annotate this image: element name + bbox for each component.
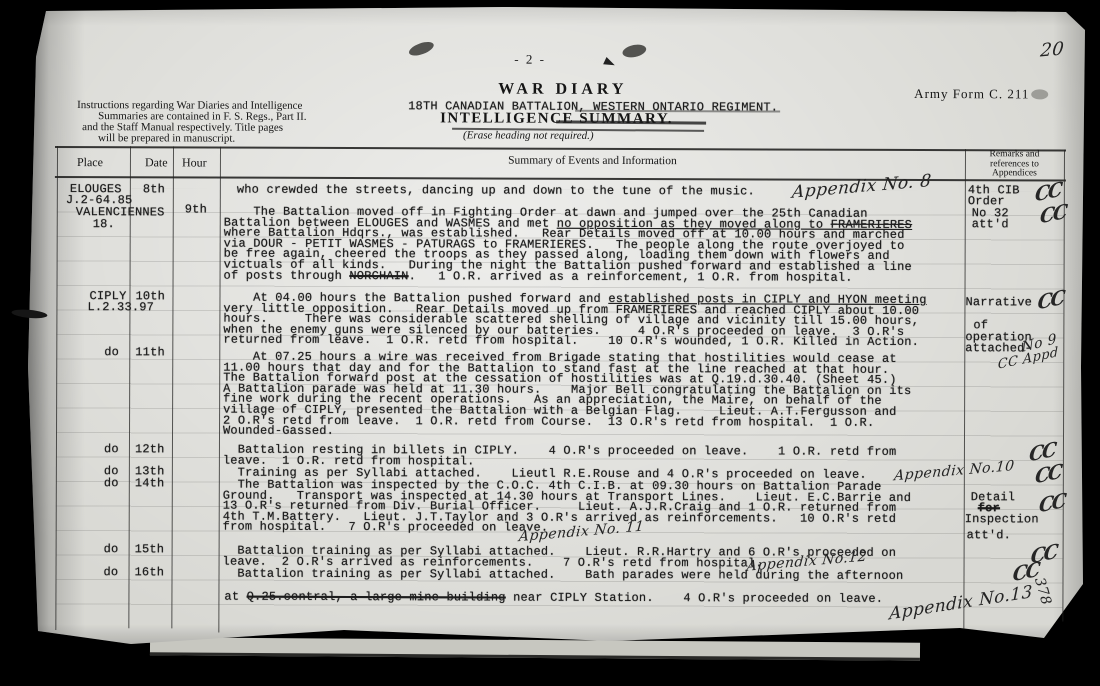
- army-form-ref: Army Form C. 211: [914, 86, 1029, 102]
- margin-ink-mark: [11, 308, 48, 319]
- date-cell-16th: 16th: [135, 567, 165, 578]
- ink-smudge: [621, 43, 647, 60]
- entry-16th-continuation: at Q.25.central, a large mine building n…: [224, 592, 883, 605]
- entry-8th-summary: who crewded the streets, dancing up and …: [237, 185, 755, 197]
- column-header-date: Date: [145, 155, 168, 170]
- struck-text: Q.25.central, a large mine building: [247, 590, 506, 605]
- table-top-border: [55, 146, 1066, 152]
- entry-text: at: [224, 590, 246, 604]
- map-ref-9th: 18.: [93, 219, 115, 230]
- scanned-war-diary-page: - 2 - 20 WAR DIARY Army Form C. 211 18TH…: [0, 0, 1100, 686]
- pen-arrow-mark: [603, 57, 616, 69]
- war-diary-title: WAR DIARY: [498, 81, 627, 99]
- erase-note: (Erase heading not required.): [463, 129, 594, 141]
- page-number: - 2 -: [514, 52, 546, 68]
- entry-10th-summary: At 04.00 hours the Battalion pushed forw…: [223, 293, 926, 348]
- entry-9th-summary: The Battalion moved off in Fighting Orde…: [224, 207, 913, 284]
- date-cell-15th: 15th: [135, 544, 165, 555]
- entry-text: . 1 O.R. arrived as a reinforcement, 1 O…: [409, 269, 853, 285]
- place-cell-12th: do: [104, 444, 119, 455]
- date-cell-11th: 11th: [135, 347, 165, 358]
- place-cell-11th: do: [104, 347, 119, 358]
- ink-smudge: [407, 39, 435, 58]
- intelligence-summary-heading: INTELLIGENCE SUMMARY.: [440, 110, 673, 128]
- place-cell-15th: do: [104, 544, 119, 555]
- entry-12th-summary: Battalion resting in billets in CIPLY. 4…: [223, 445, 897, 469]
- entry-text: near CIPLY Station. 4 O.R's proceeded on…: [506, 591, 884, 606]
- entry-11th-summary: At 07.25 hours a wire was received from …: [223, 352, 912, 439]
- entry-16th-summary: Battalion training as per Syllabi attach…: [223, 569, 904, 582]
- column-header-remarks: Remarks and references to Appendices: [965, 150, 1064, 179]
- place-cell-16th: do: [104, 567, 119, 578]
- handwritten-folio-number: 20: [1039, 38, 1065, 61]
- remark-attd: att'd: [972, 219, 1009, 230]
- column-header-hour: Hour: [182, 155, 207, 170]
- page-content: - 2 - 20 WAR DIARY Army Form C. 211 18TH…: [0, 0, 1100, 686]
- column-header-place: Place: [77, 155, 103, 170]
- struck-text: NORCHAIN: [349, 269, 408, 283]
- place-cell-9th: VALENCIENNES: [76, 207, 165, 218]
- date-cell-14th: 14th: [135, 478, 165, 489]
- remarks-header-line: Appendices: [965, 169, 1064, 179]
- date-cell-12th: 12th: [135, 444, 165, 455]
- date-cell-9th: 9th: [185, 204, 207, 215]
- eraser-smudge: [1031, 89, 1048, 99]
- instructions-line-4: will be prepared in manuscript.: [98, 132, 235, 144]
- remark-attd-2: att'd.: [967, 530, 1011, 541]
- column-header-summary: Summary of Events and Information: [220, 154, 965, 169]
- date-cell-8th: 8th: [143, 184, 165, 195]
- remark-narrative: Narrative: [965, 297, 1032, 308]
- remark-inspection: Inspection: [965, 514, 1039, 525]
- map-ref-10th: L.2.33.97: [87, 302, 154, 313]
- place-cell-14th: do: [104, 478, 119, 489]
